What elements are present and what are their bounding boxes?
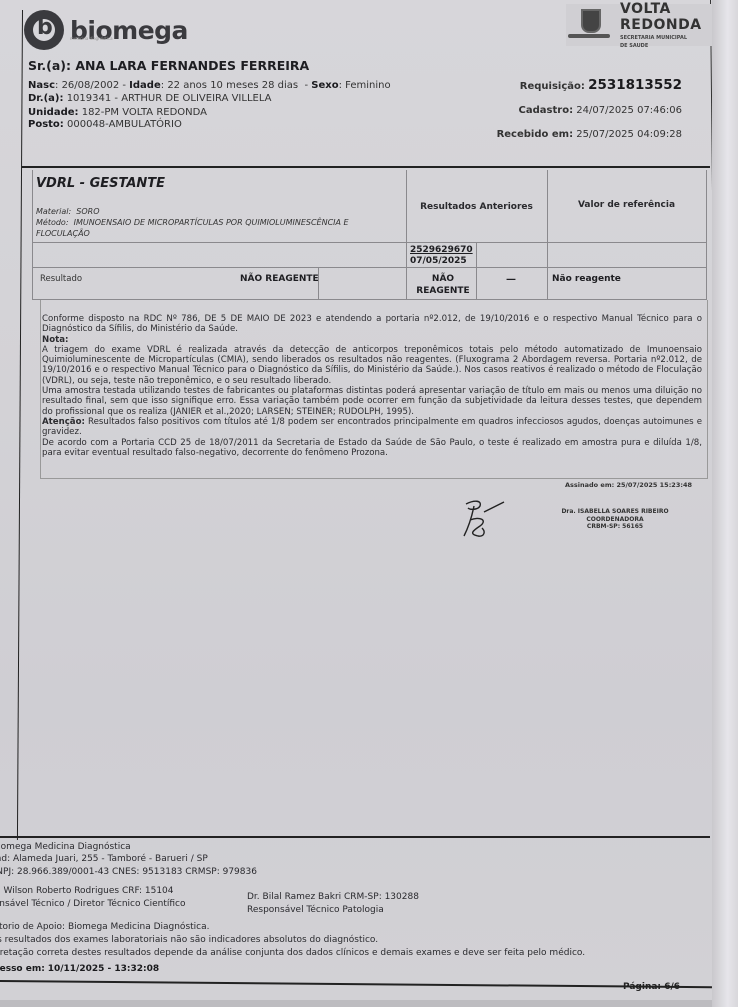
- page-border-left: [17, 10, 23, 840]
- registered-date: Cadastro: 24/07/2025 07:46:06: [519, 105, 682, 116]
- received-date: Recebido em: 25/07/2025 04:09:28: [497, 129, 682, 140]
- result-value: NÃO REAGENTE: [240, 274, 319, 284]
- footer-address: End: Alameda Juari, 255 - Tamboré - Baru…: [0, 854, 208, 864]
- notes-variation-text: Uma amostra testada utilizando testes de…: [42, 386, 702, 417]
- previous-result-value-2: —: [506, 274, 516, 285]
- signed-at: Assinado em: 25/07/2025 15:23:48: [565, 481, 692, 489]
- footer-resp1-name: Dr. Wilson Roberto Rodrigues CRF: 15104: [0, 886, 174, 896]
- header-divider: [22, 166, 710, 168]
- patient-name: Sr.(a): ANA LARA FERNANDES FERREIRA: [28, 58, 309, 73]
- exam-title: VDRL - GESTANTE: [36, 176, 165, 191]
- footer-resp2-name: Dr. Bilal Ramez Bakri CRM-SP: 130288: [247, 892, 419, 902]
- municipality-sub-2: DE SAUDE: [620, 43, 702, 49]
- signer-name: Dra. ISABELLA SOARES RIBEIRO: [560, 508, 670, 516]
- request-number: Requisição: 2531813552: [520, 77, 682, 93]
- patient-unit: Unidade: 182-PM VOLTA REDONDA: [28, 107, 207, 118]
- page-number: Página: 6/6: [623, 982, 680, 992]
- patient-birth-age-sex: Nasc: 26/08/2002 - Idade: 22 anos 10 mes…: [28, 80, 391, 91]
- municipality-sub-1: SECRETARIA MUNICIPAL: [620, 35, 702, 41]
- column-reference-value: Valor de referência: [547, 200, 706, 210]
- footer-ids: CNPJ: 28.966.389/0001-43 CNES: 9513183 C…: [0, 867, 257, 877]
- lab-logo-subtitle: medicina diagnóstica: [70, 36, 113, 41]
- biomega-logo-icon: [24, 10, 64, 50]
- footer-divider: [0, 836, 710, 838]
- signature-icon: [460, 498, 506, 540]
- signer-block: Dra. ISABELLA SOARES RIBEIRO COORDENADOR…: [560, 508, 670, 531]
- footer-support-lab: Laboratorio de Apoio: Biomega Medicina D…: [0, 922, 209, 932]
- exam-results-table: VDRL - GESTANTE Material: SORO Método: I…: [32, 170, 708, 300]
- footer-bottom-divider: [0, 980, 712, 988]
- previous-result-date: 07/05/2025: [410, 256, 473, 267]
- notes-portaria-text: De acordo com a Portaria CCD 25 de 18/07…: [42, 438, 702, 459]
- municipality-name-1: VOLTA: [620, 1, 702, 17]
- notes-intro: Conforme disposto na RDC Nº 786, DE 5 DE…: [42, 314, 702, 335]
- footer-resp2-role: Responsável Técnico Patologia: [247, 905, 384, 915]
- exam-material-method: Material: SORO Método: IMUNOENSAIO DE MI…: [36, 206, 396, 239]
- city-crest-icon: [566, 6, 612, 44]
- footer-company: Biomega Medicina Diagnóstica: [0, 842, 131, 852]
- patient-doctor: Dr.(a): 1019341 - ARTHUR DE OLIVEIRA VIL…: [28, 93, 271, 104]
- notes-method-text: A triagem do exame VDRL é realizada atra…: [42, 345, 702, 386]
- footer-resp1-role: Responsável Técnico / Diretor Técnico Ci…: [0, 899, 186, 909]
- column-previous-results: Resultados Anteriores: [406, 202, 547, 212]
- signer-role: COORDENADORA: [560, 516, 670, 524]
- municipality-logo: VOLTA REDONDA SECRETARIA MUNICIPAL DE SA…: [566, 4, 712, 46]
- attention-text: Resultados falso positivos com títulos a…: [42, 417, 702, 437]
- attention-label: Atenção:: [42, 417, 85, 427]
- previous-result-reference[interactable]: 2529629670 07/05/2025: [410, 245, 473, 267]
- result-label: Resultado: [40, 274, 82, 284]
- previous-result-value: NÃO REAGENTE: [410, 273, 476, 297]
- signer-registration: CRBM-SP: 56165: [560, 523, 670, 531]
- previous-request-link[interactable]: 2529629670: [410, 245, 473, 256]
- background-strip: [712, 0, 738, 1007]
- municipality-name-2: REDONDA: [620, 17, 702, 33]
- notes-label: Nota:: [42, 335, 68, 345]
- exam-notes: Conforme disposto na RDC Nº 786, DE 5 DE…: [42, 314, 702, 458]
- lab-logo: biomega: [24, 10, 188, 50]
- patient-post: Posto: 000048-AMBULATÓRIO: [28, 119, 182, 130]
- reference-value: Não reagente: [552, 274, 621, 284]
- footer-disclaimer-1: Os resultados dos exames laboratoriais n…: [0, 935, 378, 945]
- footer-printed-at: Impresso em: 10/11/2025 - 13:32:08: [0, 964, 159, 974]
- footer-disclaimer-2: A interpretação correta destes resultado…: [0, 948, 585, 958]
- report-page: biomega medicina diagnóstica VOLTA REDON…: [0, 0, 712, 1000]
